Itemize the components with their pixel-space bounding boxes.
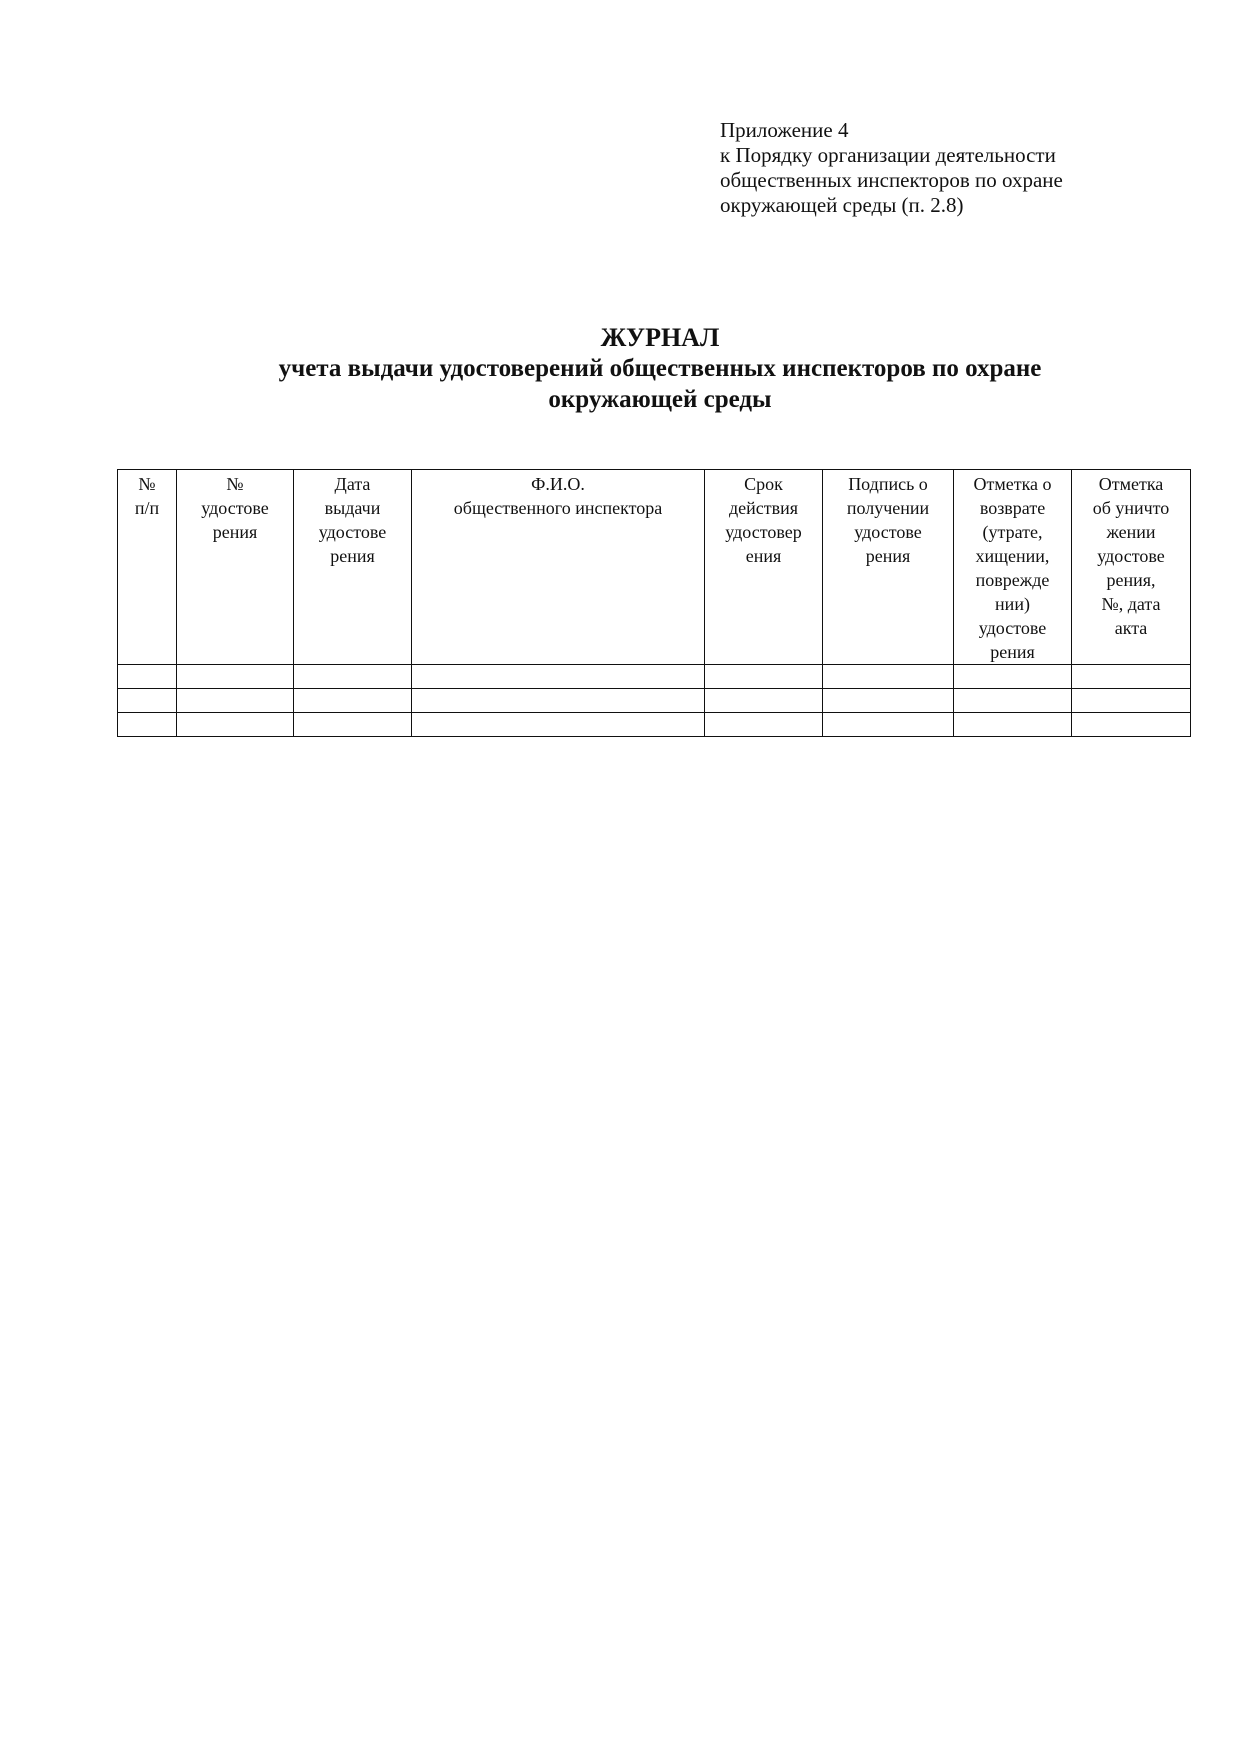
table-cell [705,713,823,737]
column-header-full-name: Ф.И.О. общественного инспектора [412,470,705,665]
table-cell [177,689,294,713]
appendix-line: общественных инспекторов по охране [720,168,1063,193]
appendix-line: окружающей среды (п. 2.8) [720,193,1063,218]
table-cell [177,713,294,737]
table-cell [294,713,412,737]
table-cell [412,665,705,689]
appendix-note: Приложение 4 к Порядку организации деяте… [720,118,1063,218]
document-title: ЖУРНАЛ учета выдачи удостоверений общест… [0,322,1241,415]
table-cell [954,713,1072,737]
table-cell [412,713,705,737]
table-cell [823,689,954,713]
appendix-line: Приложение 4 [720,118,1063,143]
column-header-validity: Срок действия удостовер ения [705,470,823,665]
column-header-issue-date: Дата выдачи удостове рения [294,470,412,665]
table-cell [118,713,177,737]
title-subheading-cont: окружающей среды [0,384,1241,415]
title-heading: ЖУРНАЛ [0,322,1241,353]
table-cell [1072,713,1191,737]
table-cell [954,689,1072,713]
table-cell [294,689,412,713]
title-subheading: учета выдачи удостоверений общественных … [0,353,1241,384]
table-cell [954,665,1072,689]
column-header-destruction-mark: Отметка об уничто жении удостове рения, … [1072,470,1191,665]
column-header-certificate-number: № удостове рения [177,470,294,665]
table-body [118,665,1191,737]
table-cell [412,689,705,713]
table-cell [705,689,823,713]
table-cell [118,665,177,689]
table-cell [118,689,177,713]
appendix-line: к Порядку организации деятельности [720,143,1063,168]
table-cell [1072,689,1191,713]
column-header-return-mark: Отметка о возврате (утрате, хищении, пов… [954,470,1072,665]
table-header-row: № п/п № удостове рения Дата выдачи удост… [118,470,1191,665]
table-cell [294,665,412,689]
table-cell [177,665,294,689]
column-header-receipt-signature: Подпись о получении удостове рения [823,470,954,665]
table-cell [823,665,954,689]
table-cell [1072,665,1191,689]
table-cell [823,713,954,737]
table-cell [705,665,823,689]
table-row [118,713,1191,737]
table-row [118,665,1191,689]
journal-table: № п/п № удостове рения Дата выдачи удост… [117,469,1191,737]
column-header-number: № п/п [118,470,177,665]
table-row [118,689,1191,713]
